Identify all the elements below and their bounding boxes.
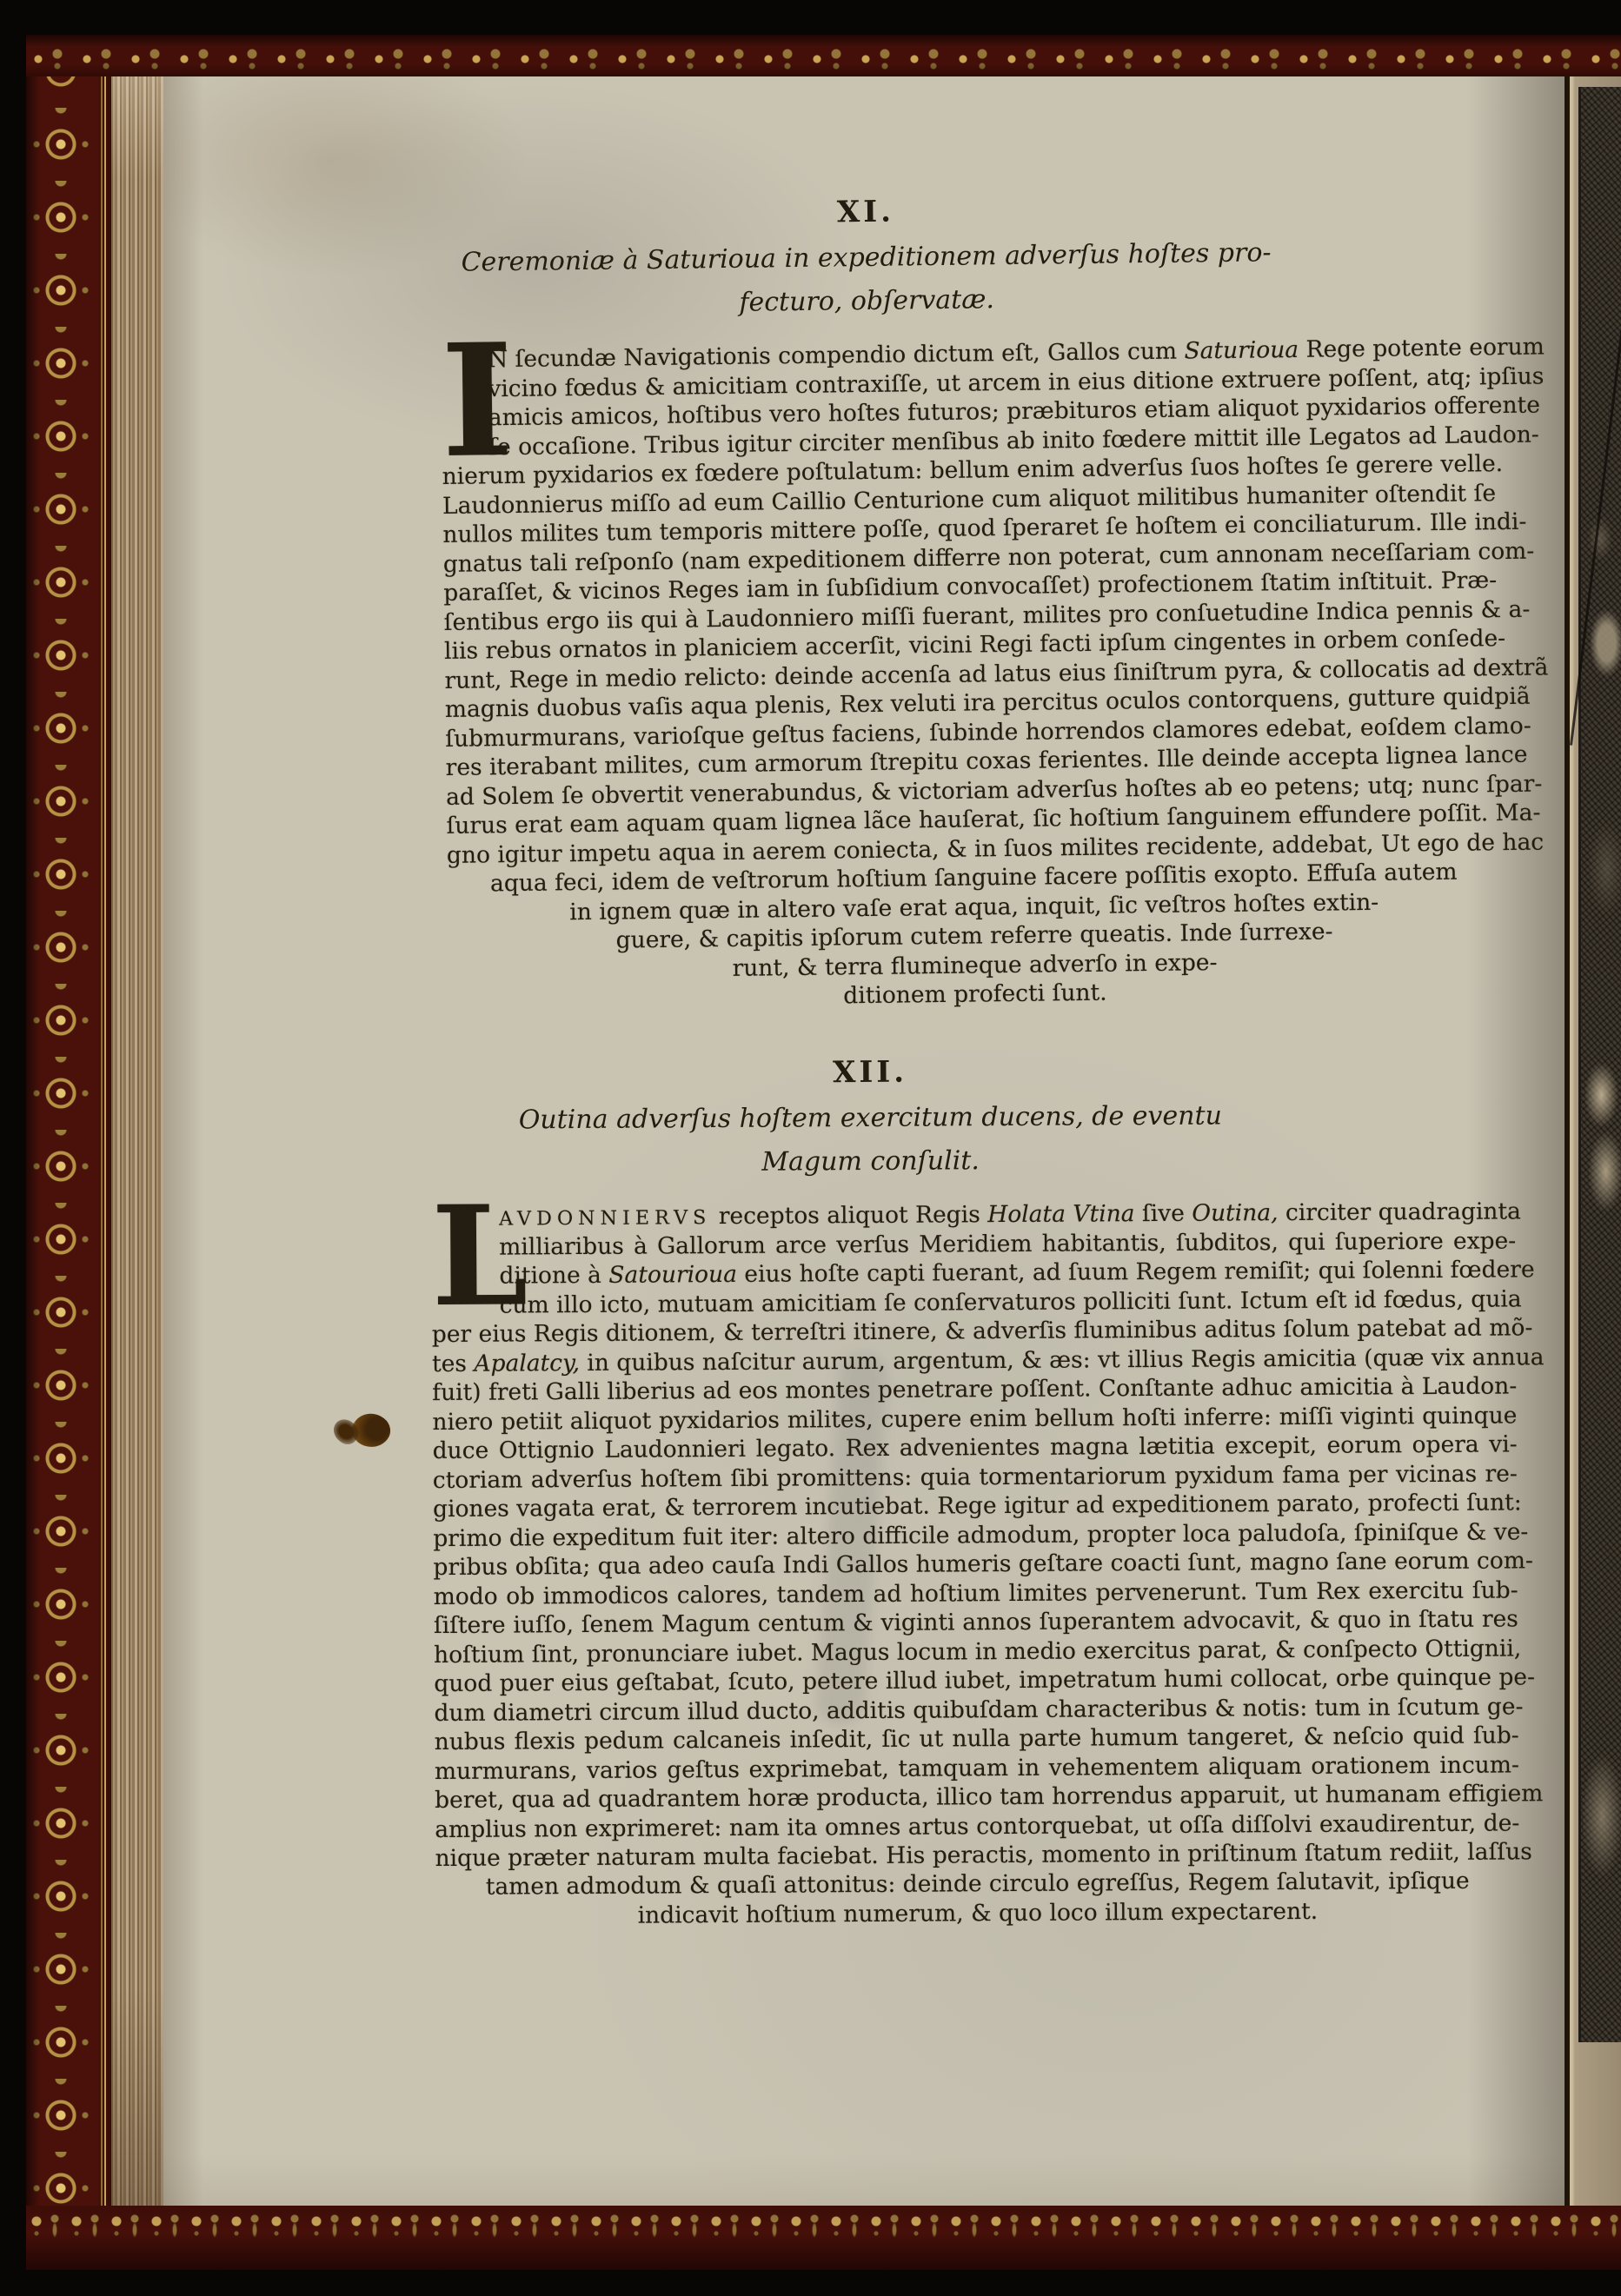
book-photo: { "colors": { "leather": "#49110a", "gol…	[0, 0, 1621, 2296]
page-content: XI. Ceremoniæ à Saturioua in expeditione…	[163, 75, 1565, 2214]
chapter-12-paragraph-taper: tamen admodum & quaſi attonitus: deinde …	[435, 1866, 1520, 1931]
leather-binding-top	[26, 35, 1621, 76]
chapter-12-heading: XII.	[169, 1051, 1571, 1094]
paper-page: XI. Ceremoniæ à Saturioua in expeditione…	[163, 75, 1565, 2214]
chapter-12-paragraph: L AVDONNIERVS receptos aliquot Regis Hol…	[431, 1197, 1520, 1873]
adjacent-page-edge	[1570, 50, 1621, 2260]
chapter-11-paragraph-taper: aqua feci, idem de veſtrorum hoſtium ſan…	[447, 857, 1502, 1015]
page-edge-stack	[111, 75, 165, 2213]
chapter-11-subtitle: Ceremoniæ à Saturioua in expeditionem ad…	[165, 228, 1567, 332]
text-line: Magum conſulit.	[170, 1136, 1571, 1188]
chapter-12-subtitle: Outina adverſus hoſtem exercitum ducens,…	[169, 1092, 1571, 1188]
drop-cap-i: I	[441, 345, 489, 462]
chapter-11-paragraph: I N ſecundæ Navigationis compendio dictu…	[441, 333, 1500, 870]
leather-binding-left	[26, 35, 113, 2265]
drop-cap-l: L	[431, 1204, 500, 1320]
engraving-spear-line	[1570, 193, 1621, 746]
engraving-sliver	[1578, 87, 1621, 2042]
leather-binding-bottom	[26, 2206, 1621, 2270]
